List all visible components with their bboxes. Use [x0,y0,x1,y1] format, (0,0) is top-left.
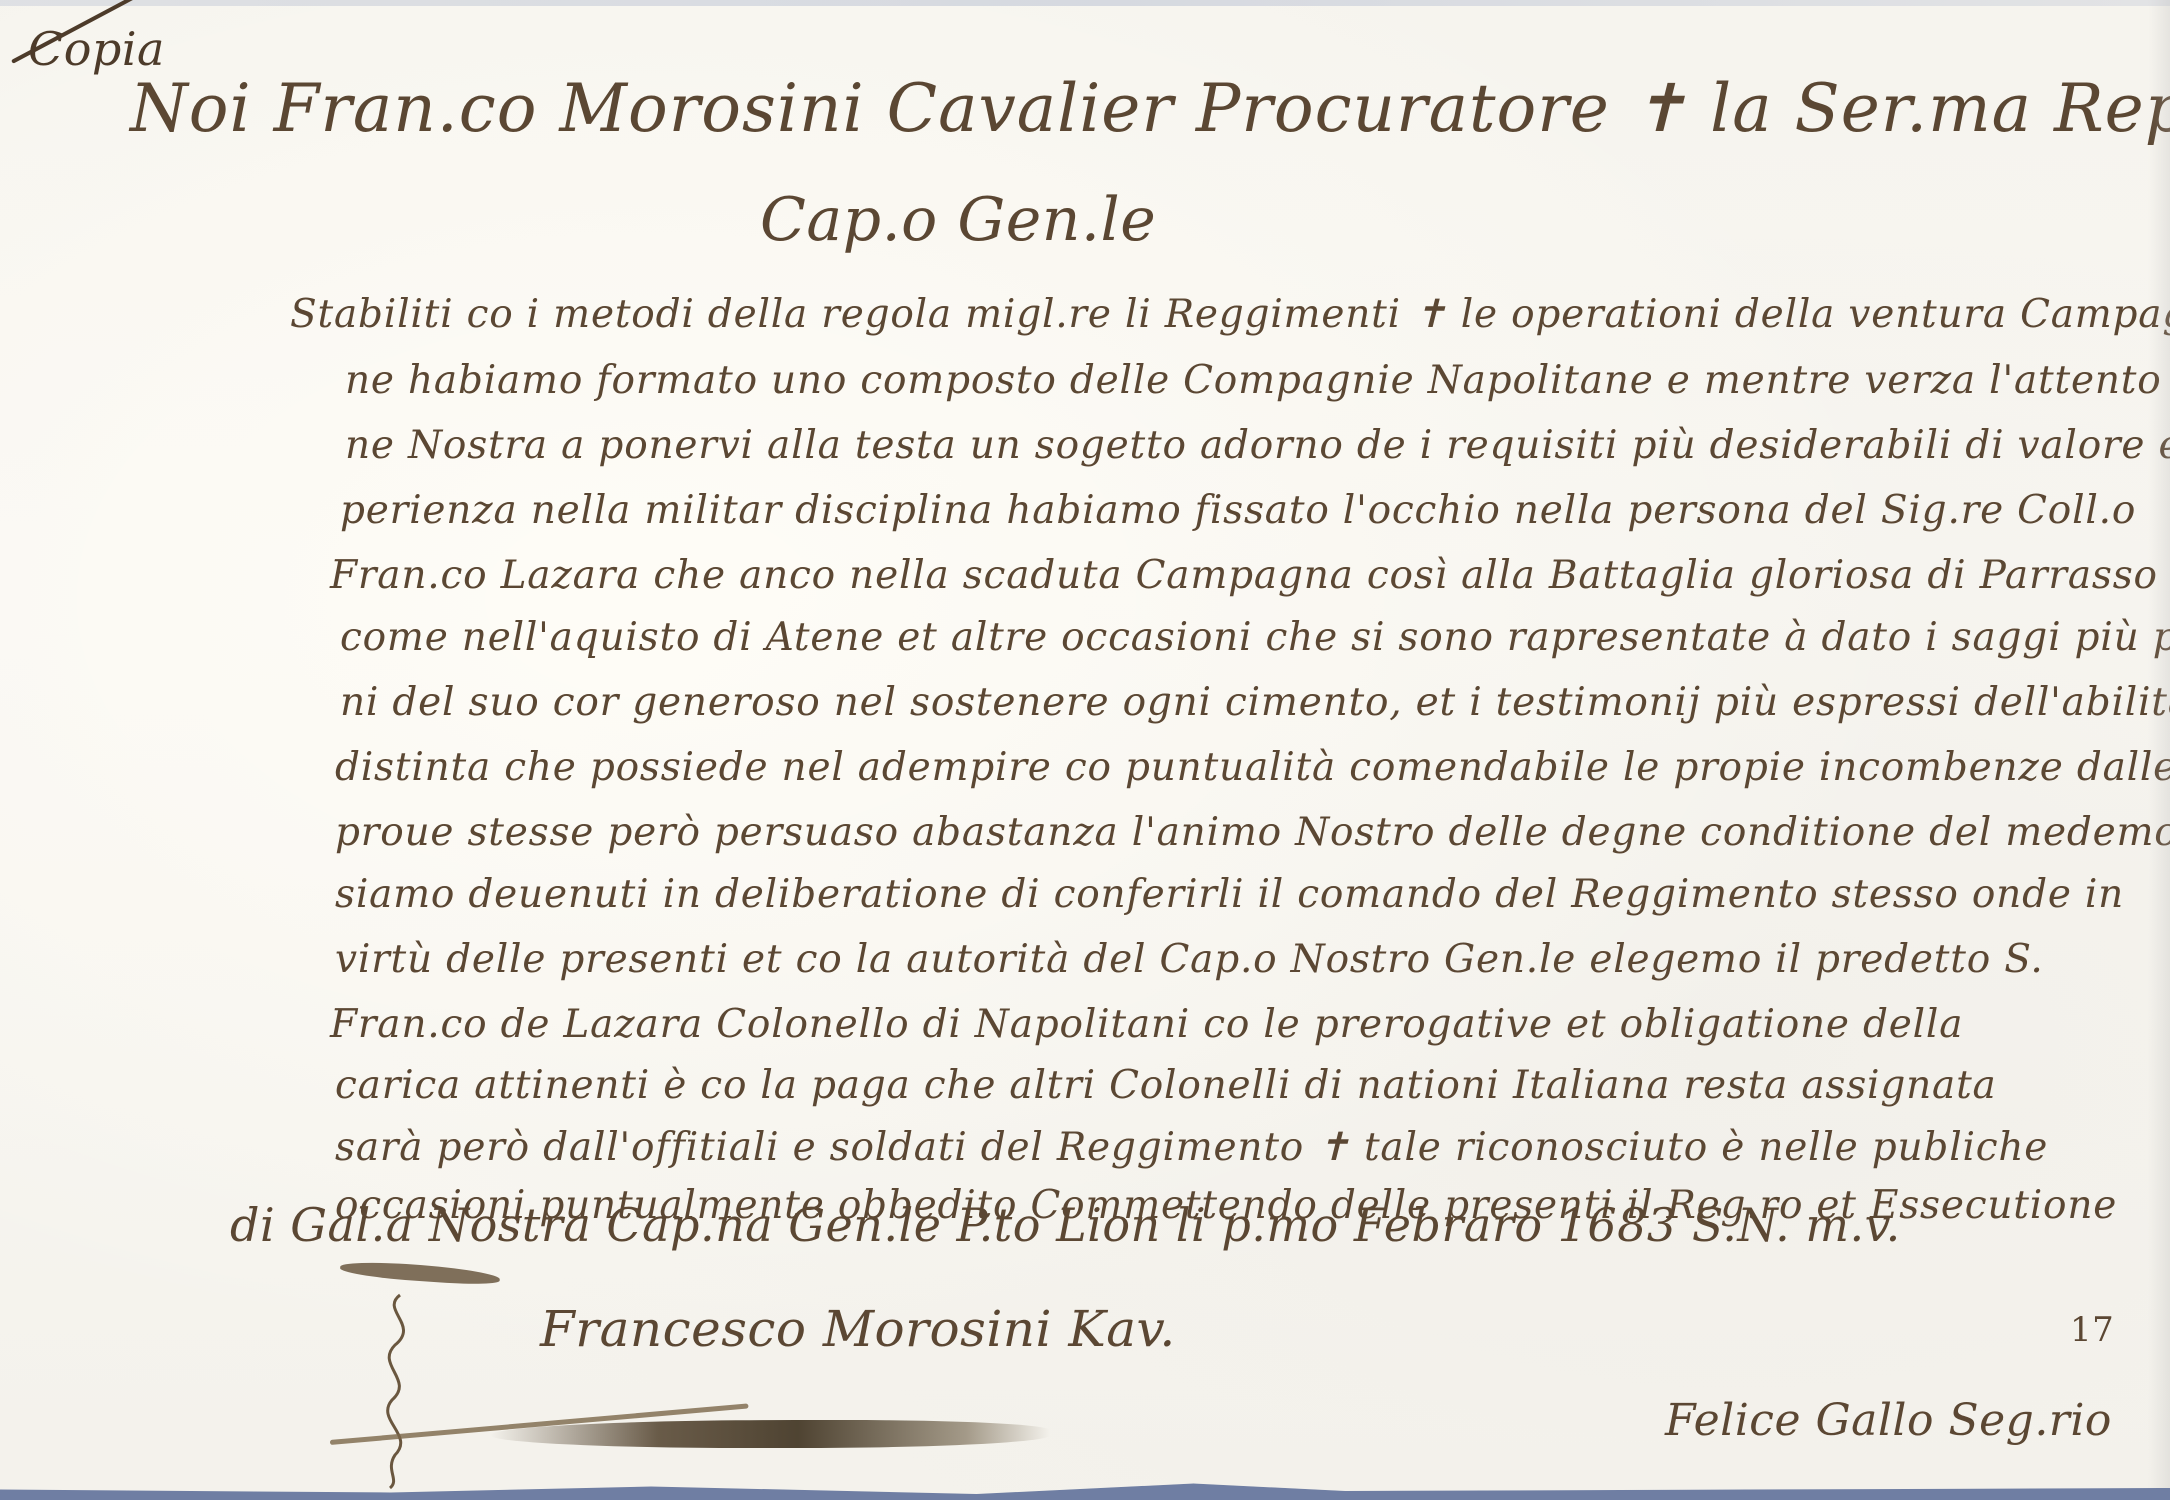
body-line-7: ni del suo cor generoso nel sostenere og… [340,680,2170,725]
body-line-3: ne Nostra a ponervi alla testa un sogett… [345,423,2170,468]
body-line-1: Stabiliti co i metodi della regola migl.… [290,292,2170,337]
signature-flourish-squiggle [370,1290,430,1490]
document-heading: Noi Fran.co Morosini Cavalier Procurator… [130,70,2170,147]
body-line-11: virtù delle presenti et co la autorità d… [335,937,2044,982]
body-line-10: siamo deuenuti in deliberatione di confe… [335,872,2124,917]
body-line-8: distinta che possiede nel adempire co pu… [335,745,2170,790]
signature-flourish-underline [490,1420,1050,1448]
document-subheading: Cap.o Gen.le [760,185,1156,255]
signature-secretary: Felice Gallo Seg.rio [1665,1395,2112,1446]
marginal-note-copia: Copia [28,22,165,76]
body-line-14: sarà però dall'offitiali e soldati del R… [335,1125,2048,1170]
body-line-4: perienza nella militar disciplina habiam… [340,488,2136,533]
body-line-2: ne habiamo formato uno composto delle Co… [345,358,2162,403]
signature-morosini: Francesco Morosini Kav. [540,1300,1176,1358]
body-line-13: carica attinenti è co la paga che altri … [335,1063,1997,1108]
manuscript-page: Copia Noi Fran.co Morosini Cavalier Proc… [0,0,2170,1500]
body-line-9: proue stesse però persuaso abastanza l'a… [335,810,2170,855]
body-line-6: come nell'aquisto di Atene et altre occa… [340,615,2170,660]
closing-dateline: di Gal.a Nostra Cap.na Gen.le P.to Lion … [230,1198,1901,1252]
body-line-12: Fran.co de Lazara Colonello di Napolitan… [330,1002,1963,1047]
body-line-5: Fran.co Lazara che anco nella scaduta Ca… [330,553,2158,598]
folio-number: 17 [2070,1310,2114,1350]
signature-flourish-top [340,1259,501,1286]
